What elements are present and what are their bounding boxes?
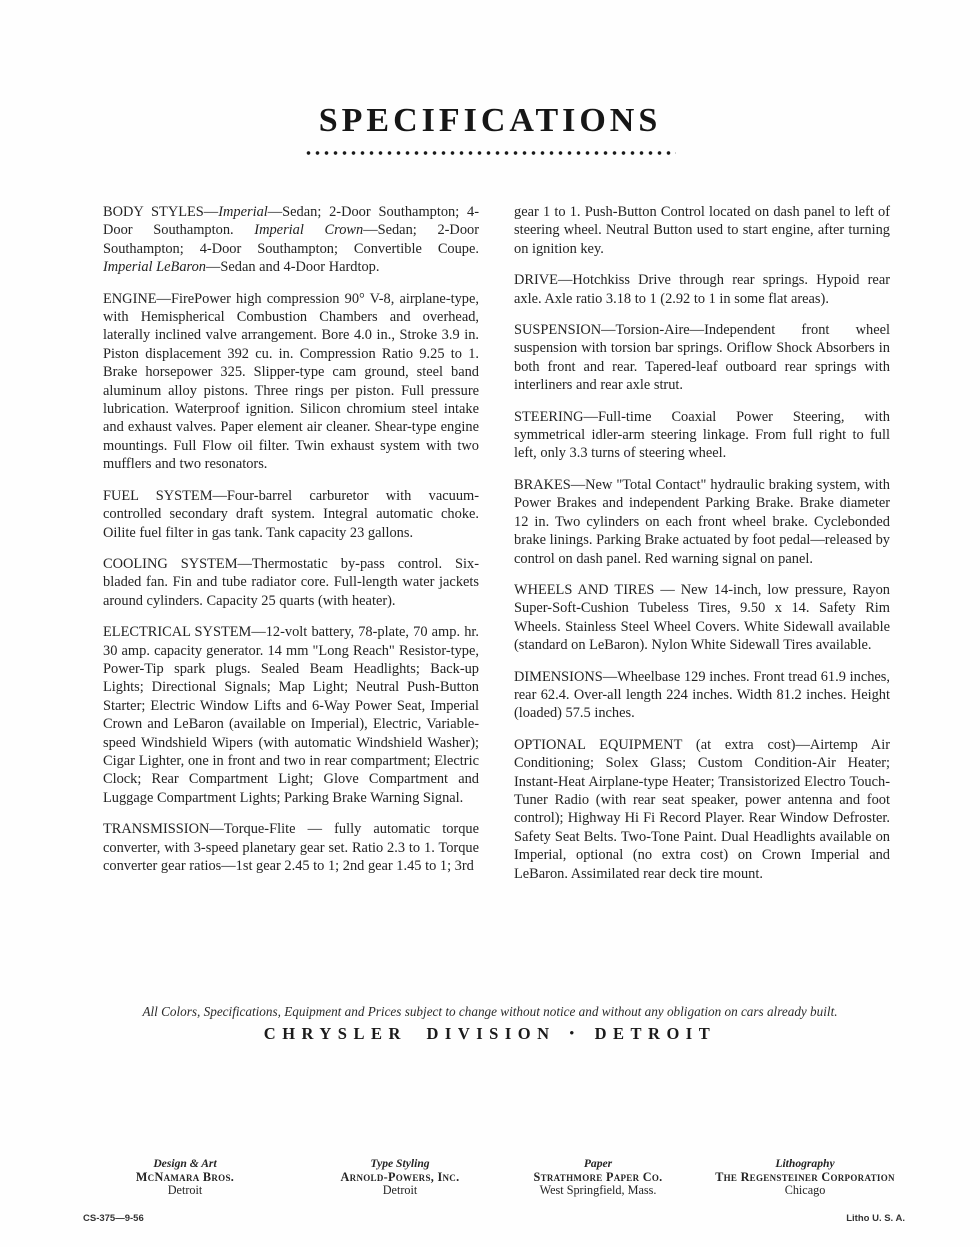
spec-paragraph: DRIVE—Hotchkiss Drive through rear sprin… — [514, 271, 890, 308]
spec-paragraph: SUSPENSION—Torsion-Aire—Independent fron… — [514, 321, 890, 395]
credit-role: Type Styling — [285, 1157, 515, 1171]
credit-role: Paper — [483, 1157, 713, 1171]
credit-block: LithographyThe Regensteiner CorporationC… — [690, 1157, 920, 1198]
credit-loc: Chicago — [690, 1184, 920, 1198]
credit-block: Design & ArtMcNamara Bros.Detroit — [70, 1157, 300, 1198]
spec-paragraph: STEERING—Full-time Coaxial Power Steerin… — [514, 408, 890, 463]
litho-mark: Litho U. S. A. — [846, 1213, 905, 1224]
spec-paragraph: WHEELS AND TIRES — New 14-inch, low pres… — [514, 581, 890, 655]
page-title: SPECIFICATIONS — [0, 102, 980, 140]
credit-role: Lithography — [690, 1157, 920, 1171]
division-city: DETROIT — [595, 1024, 717, 1043]
dotted-rule — [304, 149, 676, 157]
credit-block: PaperStrathmore Paper Co.West Springfiel… — [483, 1157, 713, 1198]
specifications-page: SPECIFICATIONS BODY STYLES—Imperial—Seda… — [0, 0, 980, 1247]
credit-loc: Detroit — [285, 1184, 515, 1198]
credit-name: The Regensteiner Corporation — [690, 1171, 920, 1185]
bullet-separator: • — [570, 1025, 581, 1040]
spec-paragraph: OPTIONAL EQUIPMENT (at extra cost)—Airte… — [514, 736, 890, 883]
right-column: gear 1 to 1. Push-Button Control located… — [514, 203, 890, 896]
credit-loc: West Springfield, Mass. — [483, 1184, 713, 1198]
disclaimer-text: All Colors, Specifications, Equipment an… — [0, 1004, 980, 1020]
spec-paragraph: BODY STYLES—Imperial—Sedan; 2-Door South… — [103, 203, 479, 277]
division-line: CHRYSLER DIVISION•DETROIT — [0, 1024, 980, 1044]
credit-name: McNamara Bros. — [70, 1171, 300, 1185]
credit-block: Type StylingArnold-Powers, Inc.Detroit — [285, 1157, 515, 1198]
spec-paragraph: gear 1 to 1. Push-Button Control located… — [514, 203, 890, 258]
division-name: CHRYSLER DIVISION — [264, 1024, 556, 1043]
spec-paragraph: ENGINE—FirePower high compression 90° V-… — [103, 290, 479, 474]
spec-paragraph: FUEL SYSTEM—Four-barrel carburetor with … — [103, 487, 479, 542]
spec-paragraph: BRAKES—New "Total Contact" hydraulic bra… — [514, 476, 890, 568]
print-code: CS-375—9-56 — [83, 1213, 144, 1224]
spec-paragraph: COOLING SYSTEM—Thermostatic by-pass cont… — [103, 555, 479, 610]
credit-loc: Detroit — [70, 1184, 300, 1198]
spec-paragraph: TRANSMISSION—Torque-Flite — fully automa… — [103, 820, 479, 875]
left-column: BODY STYLES—Imperial—Sedan; 2-Door South… — [103, 203, 479, 888]
spec-paragraph: ELECTRICAL SYSTEM—12-volt battery, 78-pl… — [103, 623, 479, 807]
credit-name: Arnold-Powers, Inc. — [285, 1171, 515, 1185]
credit-name: Strathmore Paper Co. — [483, 1171, 713, 1185]
credit-role: Design & Art — [70, 1157, 300, 1171]
spec-paragraph: DIMENSIONS—Wheelbase 129 inches. Front t… — [514, 668, 890, 723]
